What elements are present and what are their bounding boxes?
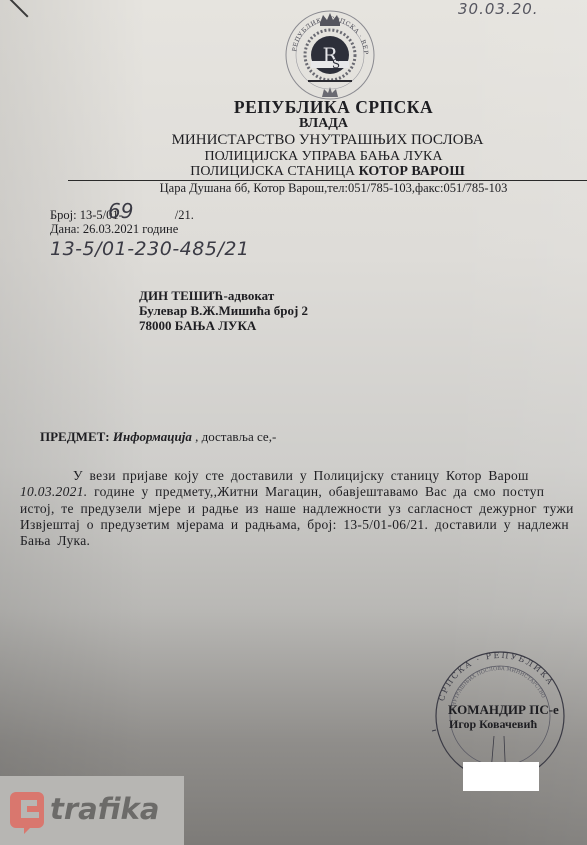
body-line-5: Бања Лука. bbox=[20, 533, 90, 549]
watermark: trafika bbox=[0, 776, 184, 845]
etrafika-logo-icon bbox=[10, 788, 48, 834]
signature-name: Игор Ковачевић bbox=[449, 717, 537, 732]
coat-of-arms-icon: РЕПУБЛИКА СРПСКА · REPUBLIKA R S bbox=[282, 5, 378, 101]
header-address: Цара Душана бб, Котор Варош,тел:051/785-… bbox=[40, 181, 587, 196]
body-line-2: 10.03.2021. године у предмету,,Житни Маг… bbox=[20, 484, 544, 500]
watermark-text: trafika bbox=[50, 792, 159, 826]
handwritten-reference: 13-5/01-230-485/21 bbox=[50, 238, 250, 260]
body-line-1: У вези пријаве коју сте доставили у Поли… bbox=[73, 468, 529, 484]
signature-title: КОМАНДИР ПС-е bbox=[448, 702, 559, 718]
header-republic: РЕПУБЛИКА СРПСКА bbox=[40, 97, 587, 118]
reference-date: Дана: 26.03.2021 године bbox=[50, 222, 178, 237]
redaction-box bbox=[463, 762, 539, 791]
header-ministry: МИНИСТАРСТВО УНУТРАШЊИХ ПОСЛОВА bbox=[34, 132, 587, 149]
subject-value: Информација bbox=[113, 429, 192, 444]
recipient-street: Булевар В.Ж.Мишића број 2 bbox=[139, 303, 308, 319]
body-line-4: Извјештај о предузетим мјерама и радњама… bbox=[20, 517, 569, 533]
recipient-name: ДИН ТЕШИЋ-адвокат bbox=[139, 288, 274, 304]
header-police-station: ПОЛИЦИЈСКА СТАНИЦА КОТОР ВАРОШ bbox=[34, 164, 587, 180]
station-name: КОТОР ВАРОШ bbox=[359, 164, 465, 179]
handwritten-number: 69 bbox=[108, 199, 133, 223]
header-government: ВЛАДА bbox=[30, 116, 587, 132]
body-line-2-rest: године у предмету,,Житни Магацин, обавје… bbox=[87, 484, 544, 499]
handwritten-received-date: 30.03.20. bbox=[458, 0, 539, 18]
body-incident-date: 10.03.2021. bbox=[20, 484, 87, 499]
reference-number-suffix: /21. bbox=[175, 208, 194, 222]
body-line-3: истој, те предузели мјере и радње из наш… bbox=[20, 501, 574, 517]
header-police-administration: ПОЛИЦИЈСКА УПРАВА БАЊА ЛУКА bbox=[30, 149, 587, 165]
svg-text:S: S bbox=[332, 57, 340, 71]
subject-label: ПРЕДМЕТ: bbox=[40, 429, 113, 444]
pen-stroke-mark bbox=[7, 0, 28, 18]
station-prefix: ПОЛИЦИЈСКА СТАНИЦА bbox=[190, 164, 358, 179]
subject-rest: , доставља се,- bbox=[192, 429, 276, 444]
recipient-city: 78000 БАЊА ЛУКА bbox=[139, 318, 256, 334]
subject-line: ПРЕДМЕТ: Информација , доставља се,- bbox=[40, 429, 276, 445]
